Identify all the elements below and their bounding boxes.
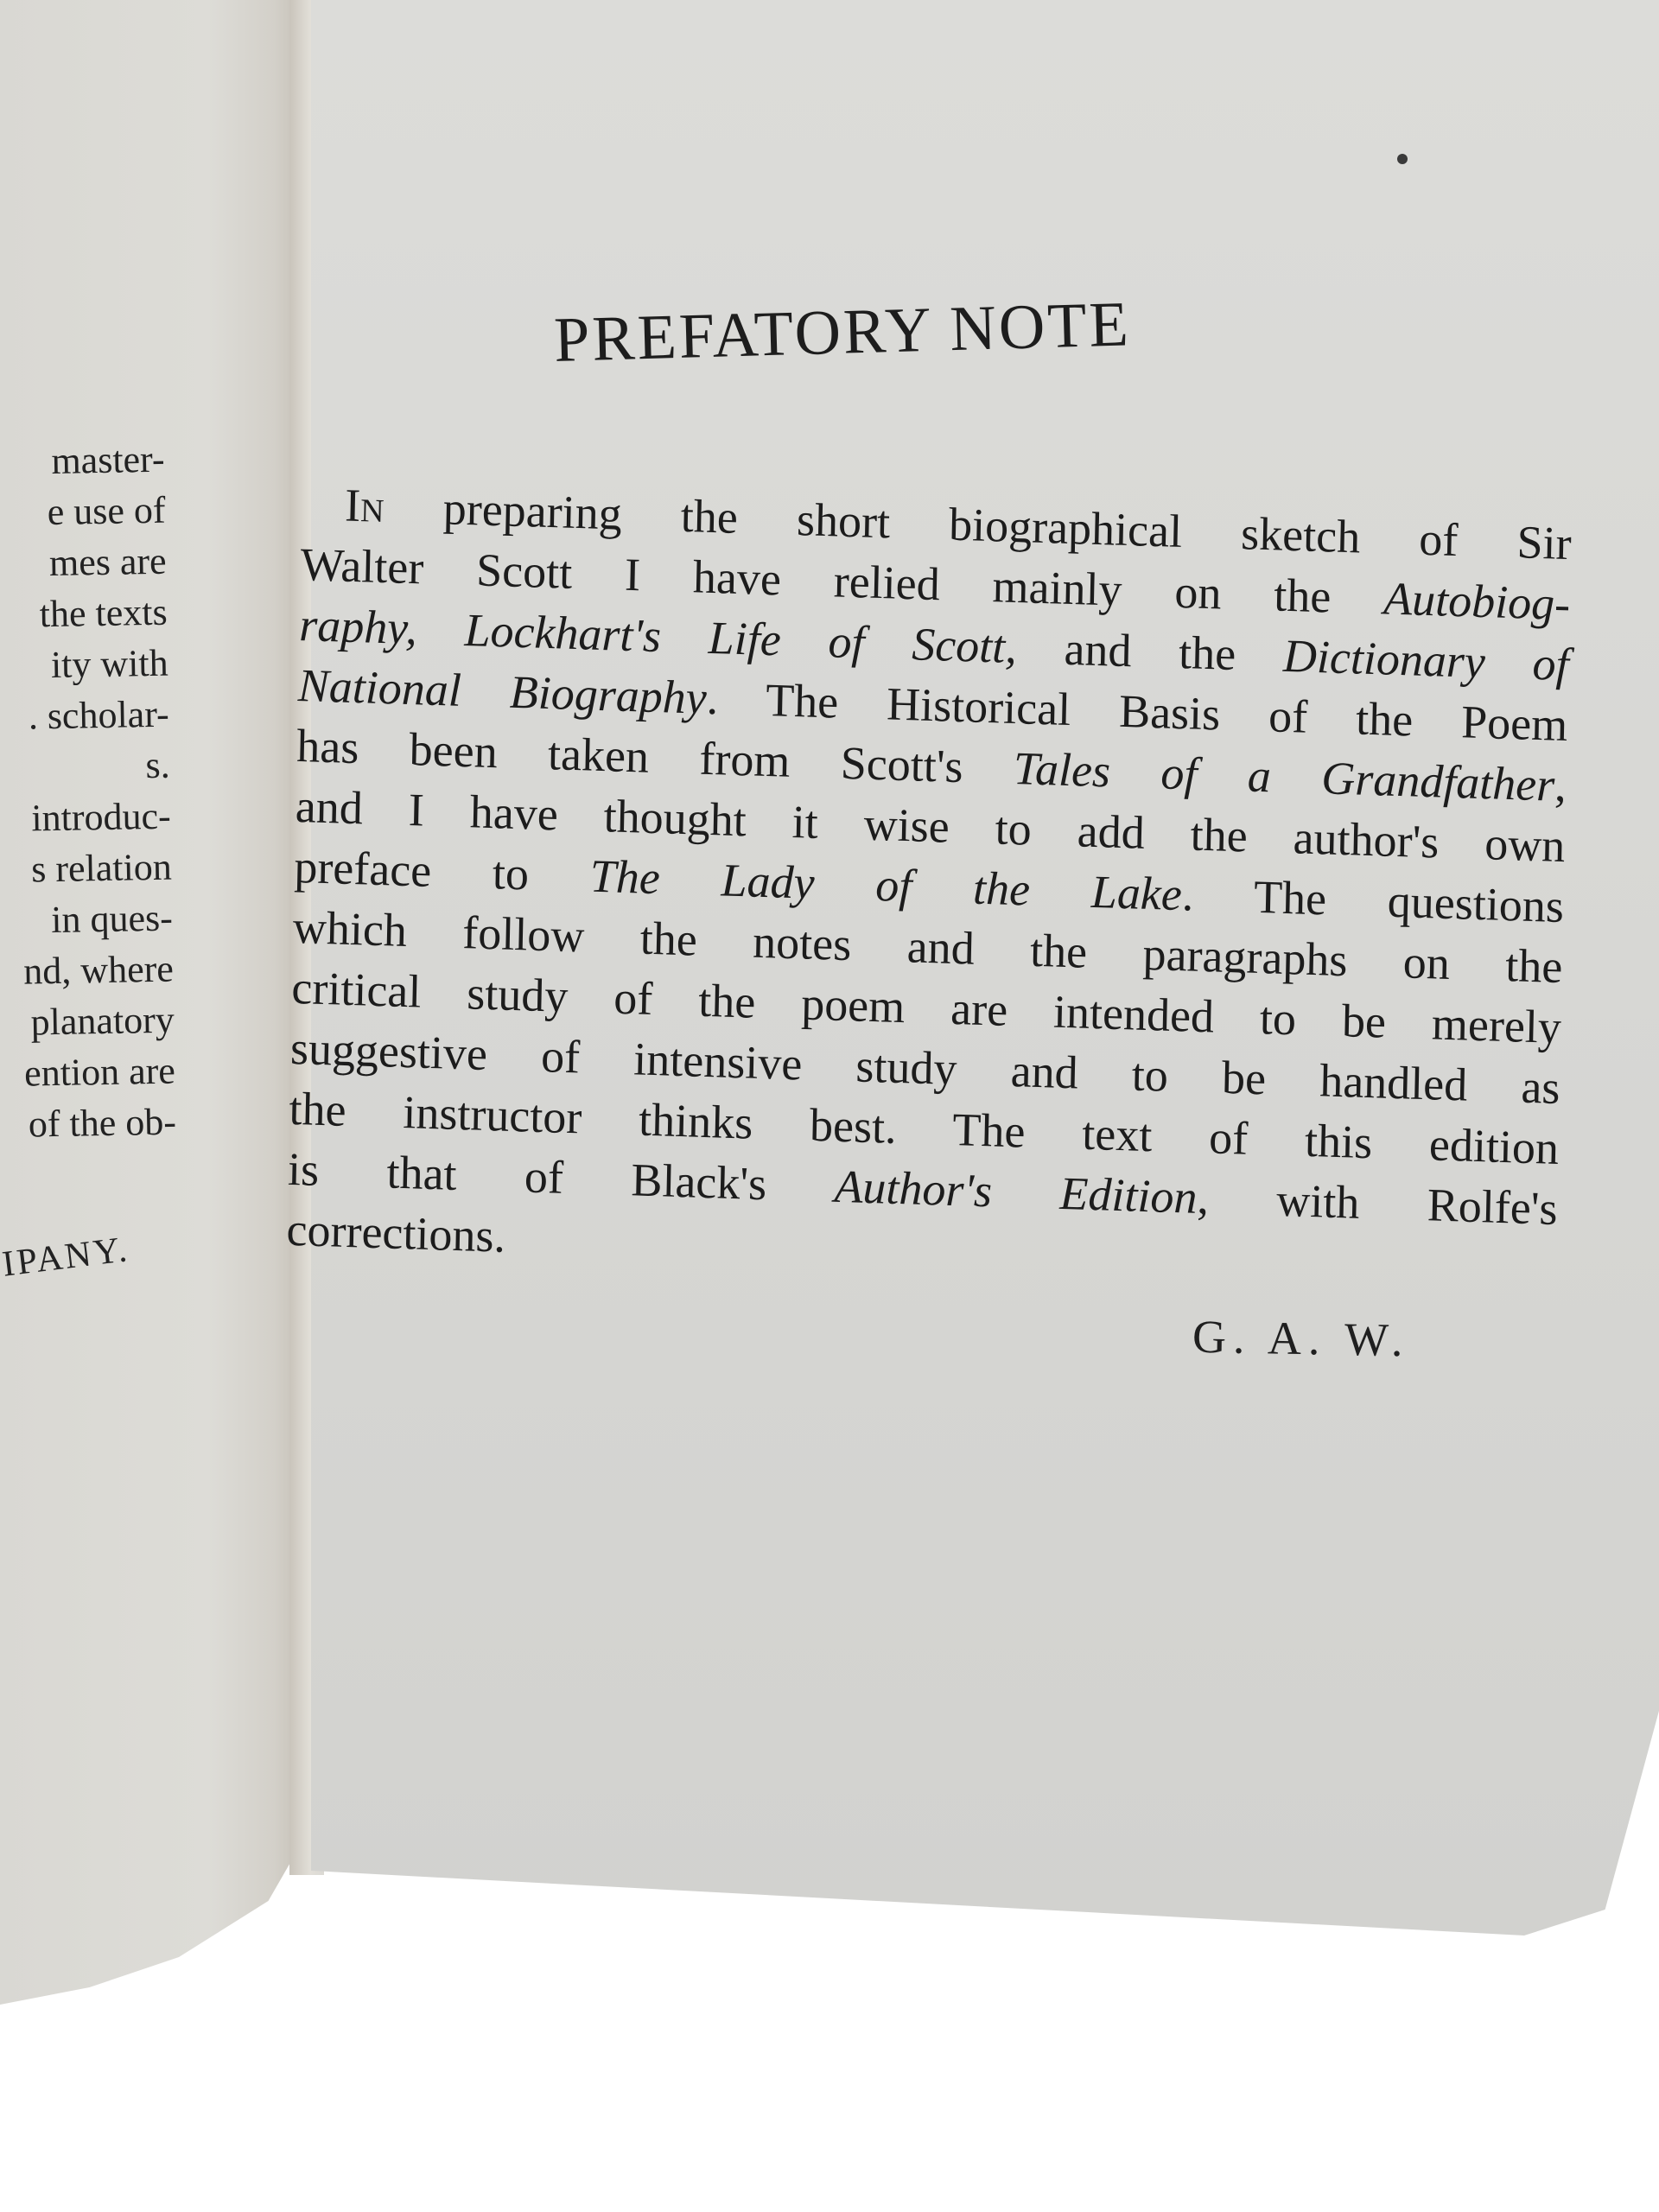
text-run: and the bbox=[1016, 621, 1284, 682]
left-page-line: mes are bbox=[2, 536, 167, 589]
left-page-line: planatory bbox=[10, 995, 175, 1048]
left-page-line: the texts bbox=[3, 587, 168, 640]
left-page-line: ity with bbox=[3, 638, 168, 691]
left-page-line: ention are bbox=[10, 1046, 175, 1099]
left-page-publisher-fragment: IPANY. bbox=[0, 1229, 131, 1286]
left-page-line: e use of bbox=[1, 485, 166, 538]
left-page-text: master-e use ofmes arethe textsity with.… bbox=[0, 434, 176, 1150]
left-page-line: of the ob- bbox=[11, 1096, 176, 1150]
paper-speck bbox=[1397, 154, 1408, 164]
text-run: preface to bbox=[294, 841, 591, 902]
left-page-line: in ques- bbox=[8, 893, 173, 946]
left-page-line: nd, where bbox=[9, 944, 174, 997]
text-run: corrections. bbox=[286, 1204, 506, 1262]
text-run: , with Rolfe's bbox=[1197, 1172, 1558, 1235]
left-page-line: s relation bbox=[7, 842, 172, 895]
left-page-line: master- bbox=[0, 434, 165, 487]
left-page-line: . scholar- bbox=[4, 689, 169, 742]
prefatory-note-paragraph: In preparing the short biographical sket… bbox=[286, 474, 1572, 1300]
italic-title-text: National Biography bbox=[297, 659, 707, 724]
left-page-line: s. bbox=[5, 740, 170, 793]
italic-title-text: Author's Edition bbox=[834, 1160, 1198, 1224]
left-facing-page: master-e use ofmes arethe textsity with.… bbox=[0, 0, 298, 2074]
text-run: . The questions bbox=[1181, 868, 1564, 932]
author-initials: G. A. W. bbox=[1192, 1310, 1410, 1367]
left-page-line: introduc- bbox=[6, 791, 171, 844]
italic-title-text: Dictionary of bbox=[1282, 630, 1569, 690]
text-run: , bbox=[1554, 760, 1567, 811]
italic-title-text: Autobiog- bbox=[1383, 572, 1571, 630]
text-run: In bbox=[345, 480, 385, 532]
